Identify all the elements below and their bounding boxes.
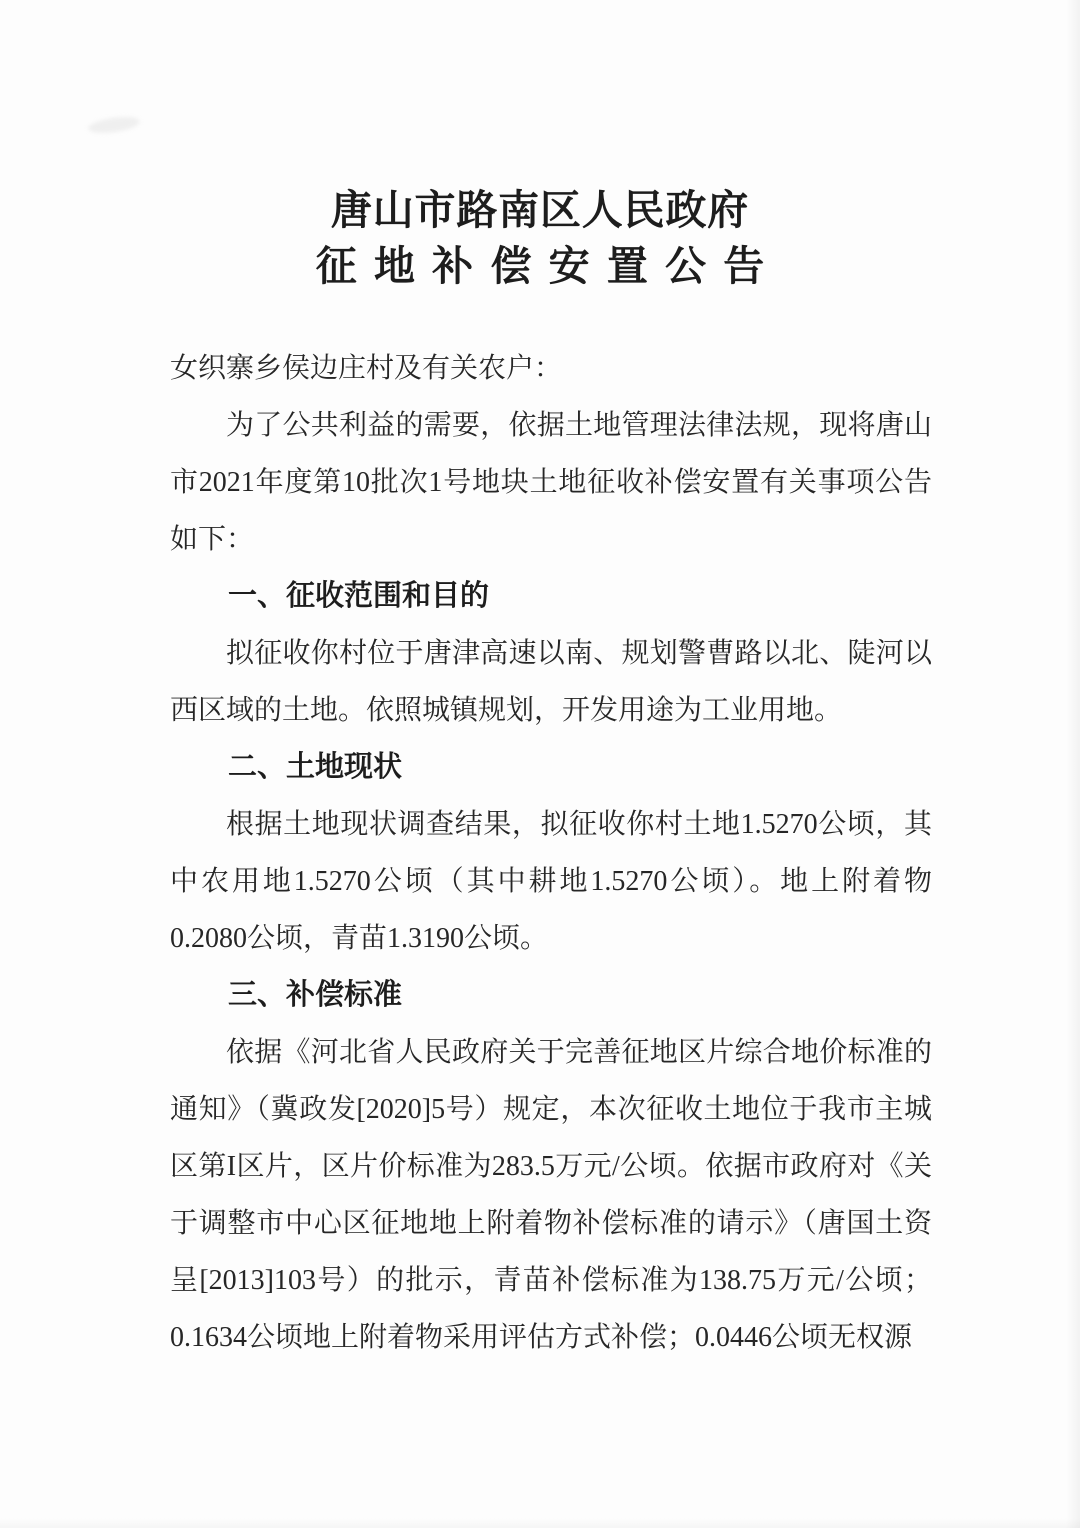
section-heading: 三、补偿标准 bbox=[170, 967, 932, 1024]
section-heading: 一、征收范围和目的 bbox=[170, 568, 932, 625]
section-heading: 二、土地现状 bbox=[170, 739, 932, 796]
body-paragraph: 根据土地现状调查结果，拟征收你村土地1.5270公顷，其中农用地1.5270公顷… bbox=[170, 796, 932, 967]
salutation: 女织寨乡侯边庄村及有关农户： bbox=[170, 340, 932, 397]
body-paragraph: 为了公共利益的需要，依据土地管理法律法规，现将唐山市2021年度第10批次1号地… bbox=[170, 397, 932, 568]
document-title: 唐山市路南区人民政府 征地补偿安置公告 bbox=[0, 0, 1080, 294]
title-line-announcement: 征地补偿安置公告 bbox=[0, 238, 1080, 294]
body-paragraph: 拟征收你村位于唐津高速以南、规划警曹路以北、陡河以西区域的土地。依照城镇规划，开… bbox=[170, 625, 932, 739]
document-content: 女织寨乡侯边庄村及有关农户： 为了公共利益的需要，依据土地管理法律法规，现将唐山… bbox=[170, 340, 932, 1366]
body-paragraph: 依据《河北省人民政府关于完善征地区片综合地价标准的通知》（冀政发[2020]5号… bbox=[170, 1024, 932, 1366]
title-line-government: 唐山市路南区人民政府 bbox=[0, 182, 1080, 238]
document-body: 为了公共利益的需要，依据土地管理法律法规，现将唐山市2021年度第10批次1号地… bbox=[170, 397, 932, 1366]
document-page: 唐山市路南区人民政府 征地补偿安置公告 女织寨乡侯边庄村及有关农户： 为了公共利… bbox=[0, 0, 1080, 1528]
